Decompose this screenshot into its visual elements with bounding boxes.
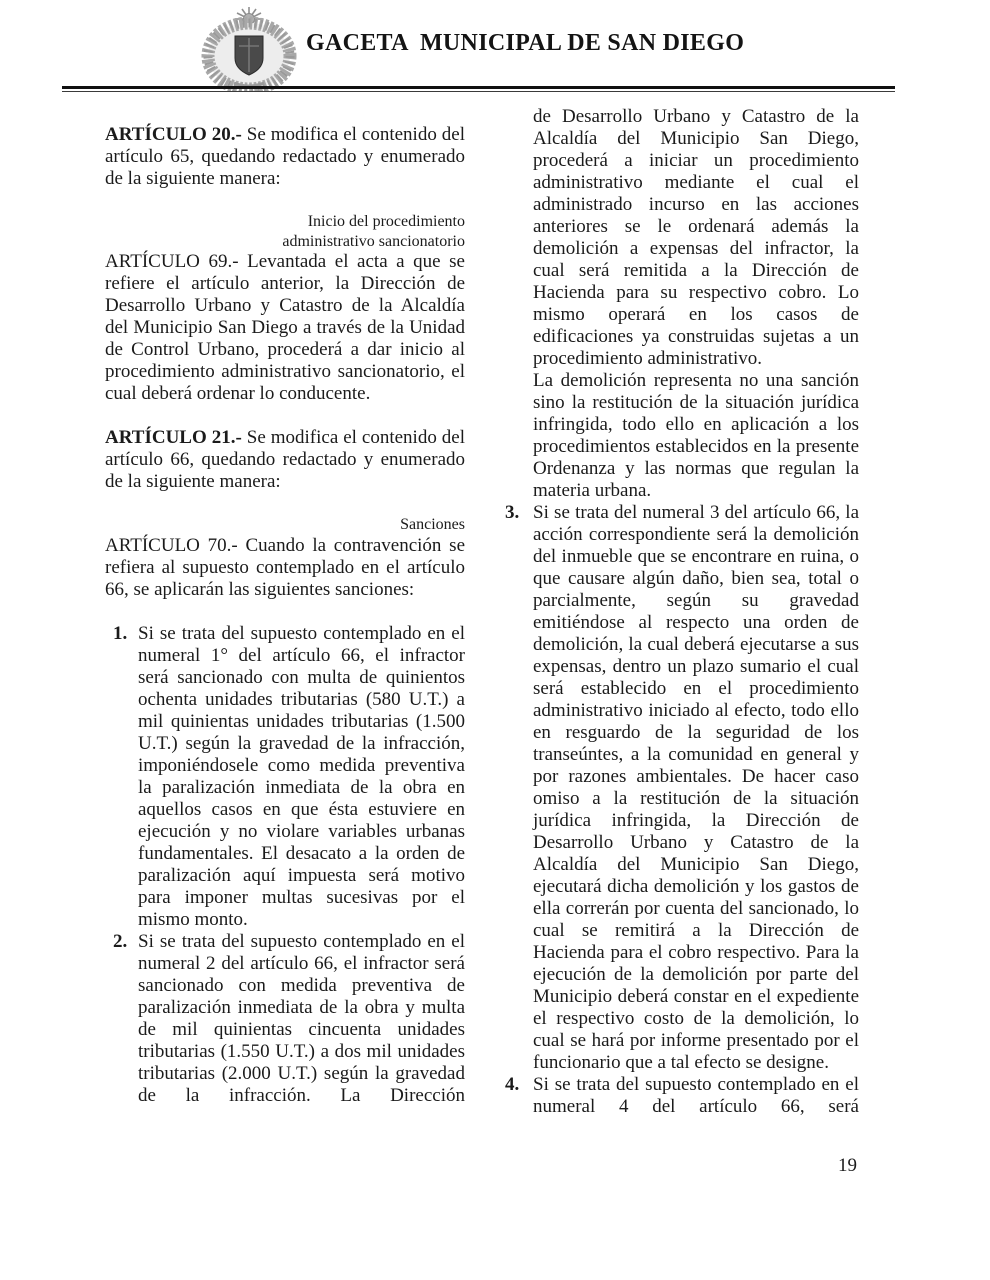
list-item-2: 2. Si se trata del supuesto contemplado …: [105, 931, 465, 1107]
list-item-4-number: 4.: [505, 1074, 519, 1096]
article-20-label: ARTÍCULO 20.-: [105, 124, 242, 145]
spacer: [105, 601, 465, 623]
list-item-3-text: Si se trata del numeral 3 del artículo 6…: [533, 502, 859, 1073]
spacer: [105, 405, 465, 427]
page-number: 19: [815, 1155, 857, 1177]
municipal-coat-of-arms-icon: [196, 6, 302, 92]
article-69-paragraph: ARTÍCULO 69.- Levantada el acta a que se…: [105, 251, 465, 405]
procedure-caption-line2: administrativo sancionatorio: [105, 232, 465, 252]
right-column: de Desarrollo Urbano y Catastro de la Al…: [505, 106, 859, 1118]
sanctions-caption: Sanciones: [105, 515, 465, 535]
list-item-3: 3. Si se trata del numeral 3 del artícul…: [505, 502, 859, 1074]
list-item-1-text: Si se trata del supuesto contemplado en …: [138, 623, 465, 930]
list-item-1-number: 1.: [113, 623, 127, 645]
list-item-2-text: Si se trata del supuesto contemplado en …: [138, 931, 465, 1106]
gazette-page: GACETA MUNICIPAL DE SAN DIEGO ARTÍCULO 2…: [0, 0, 990, 1280]
article-21-label: ARTÍCULO 21.-: [105, 427, 242, 448]
spacer: [105, 493, 465, 515]
list-item-4-text: Si se trata del supuesto contemplado en …: [533, 1074, 859, 1117]
article-70-paragraph: ARTÍCULO 70.- Cuando la contravención se…: [105, 535, 465, 601]
article-20-paragraph: ARTÍCULO 20.- Se modifica el contenido d…: [105, 124, 465, 190]
list-item-1: 1. Si se trata del supuesto contemplado …: [105, 623, 465, 931]
demolition-note-paragraph: La demolición representa no una sanción …: [533, 370, 859, 502]
list-item-4: 4. Si se trata del supuesto contemplado …: [505, 1074, 859, 1118]
procedure-caption-line1: Inicio del procedimiento: [105, 212, 465, 232]
item-2-continuation-paragraph: de Desarrollo Urbano y Catastro de la Al…: [533, 106, 859, 370]
page-title: GACETA MUNICIPAL DE SAN DIEGO: [306, 30, 744, 57]
list-item-3-number: 3.: [505, 502, 519, 524]
article-21-paragraph: ARTÍCULO 21.- Se modifica el contenido d…: [105, 427, 465, 493]
left-column: ARTÍCULO 20.- Se modifica el contenido d…: [105, 106, 465, 1107]
header-divider-rule: [62, 86, 895, 92]
list-item-2-number: 2.: [113, 931, 127, 953]
spacer: [105, 190, 465, 212]
